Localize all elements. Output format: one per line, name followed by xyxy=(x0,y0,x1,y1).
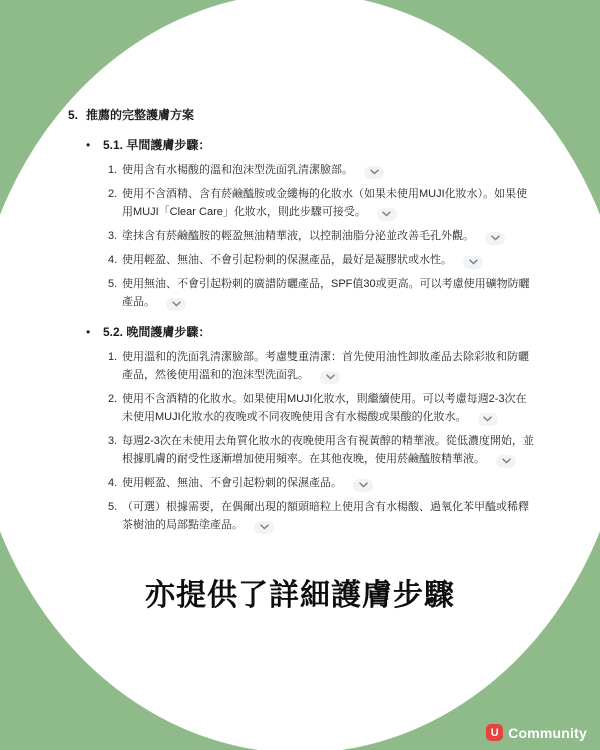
subsection: • 5.2. 晚間護膚步驟： 1. 使用溫和的洗面乳清潔臉部。考慮雙重清潔：首先… xyxy=(68,323,534,534)
step-item: 1. 使用含有水楊酸的溫和泡沫型洗面乳清潔臉部。 xyxy=(68,161,534,179)
step-item: 3. 每週2-3次在未使用去角質化妝水的夜晚使用含有視黃醇的精華液。從低濃度開始… xyxy=(68,432,534,468)
subsection-title-text: 5.1. 早間護膚步驟： xyxy=(103,138,210,152)
chevron-down-icon xyxy=(359,482,368,488)
expand-sources-button[interactable] xyxy=(166,298,186,311)
step-text: 塗抹含有菸鹼醯胺的輕盈無油精華液，以控制油脂分泌並改善毛孔外觀。 xyxy=(122,230,474,242)
section-title-text: 推薦的完整護膚方案 xyxy=(86,108,194,122)
section-title: 5.推薦的完整護膚方案 xyxy=(68,106,534,124)
subsection: • 5.1. 早間護膚步驟： 1. 使用含有水楊酸的溫和泡沫型洗面乳清潔臉部。 … xyxy=(68,136,534,311)
step-number: 1. xyxy=(108,161,117,179)
u-badge-icon: U xyxy=(486,724,503,741)
bullet-marker: • xyxy=(86,323,90,341)
chevron-down-icon xyxy=(469,259,478,265)
step-item: 4. 使用輕盈、無油、不會引起粉刺的保濕產品，最好是凝膠狀或水性。 xyxy=(68,251,534,269)
expand-sources-button[interactable] xyxy=(364,166,384,179)
subsection-title: • 5.1. 早間護膚步驟： xyxy=(68,136,534,154)
step-text: 使用不含酒精、含有菸鹼醯胺或金縷梅的化妝水（如果未使用MUJI化妝水）。如果使用… xyxy=(122,188,527,218)
community-logo-label: Community xyxy=(508,725,587,741)
skincare-plan-document: 5.推薦的完整護膚方案 • 5.1. 早間護膚步驟： 1. 使用含有水楊酸的溫和… xyxy=(68,106,534,540)
step-number: 5. xyxy=(108,498,117,516)
section-number: 5. xyxy=(68,106,86,124)
expand-sources-button[interactable] xyxy=(478,413,498,426)
expand-sources-button[interactable] xyxy=(496,455,516,468)
community-logo: U Community xyxy=(486,724,587,741)
step-text: （可選）根據需要，在偶爾出現的額頭暗粒上使用含有水楊酸、過氧化苯甲醯或稀釋茶樹油… xyxy=(122,501,529,531)
bullet-marker: • xyxy=(86,136,90,154)
step-item: 5. （可選）根據需要，在偶爾出現的額頭暗粒上使用含有水楊酸、過氧化苯甲醯或稀釋… xyxy=(68,498,534,534)
expand-sources-button[interactable] xyxy=(254,521,274,534)
chevron-down-icon xyxy=(370,169,379,175)
expand-sources-button[interactable] xyxy=(353,479,373,492)
step-number: 4. xyxy=(108,474,117,492)
step-number: 5. xyxy=(108,275,117,293)
step-item: 5. 使用無油、不會引起粉刺的廣譜防曬產品，SPF值30或更高。可以考慮使用礦物… xyxy=(68,275,534,311)
step-text: 使用含有水楊酸的溫和泡沫型洗面乳清潔臉部。 xyxy=(122,164,353,176)
steps-list: 1. 使用含有水楊酸的溫和泡沫型洗面乳清潔臉部。 2. 使用不含酒精、含有菸鹼醯… xyxy=(68,161,534,311)
step-item: 1. 使用溫和的洗面乳清潔臉部。考慮雙重清潔：首先使用油性卸妝產品去除彩妝和防曬… xyxy=(68,348,534,384)
subsection-title: • 5.2. 晚間護膚步驟： xyxy=(68,323,534,341)
chevron-down-icon xyxy=(172,301,181,307)
chevron-down-icon xyxy=(502,458,511,464)
subsection-title-text: 5.2. 晚間護膚步驟： xyxy=(103,325,210,339)
step-item: 2. 使用不含酒精的化妝水。如果使用MUJI化妝水，則繼續使用。可以考慮每週2-… xyxy=(68,390,534,426)
step-text: 每週2-3次在未使用去角質化妝水的夜晚使用含有視黃醇的精華液。從低濃度開始，並根… xyxy=(122,435,534,465)
step-number: 2. xyxy=(108,390,117,408)
chevron-down-icon xyxy=(382,211,391,217)
expand-sources-button[interactable] xyxy=(320,371,340,384)
chevron-down-icon xyxy=(260,524,269,530)
step-text: 使用輕盈、無油、不會引起粉刺的保濕產品。 xyxy=(122,477,342,489)
step-item: 4. 使用輕盈、無油、不會引起粉刺的保濕產品。 xyxy=(68,474,534,492)
step-number: 1. xyxy=(108,348,117,366)
step-item: 3. 塗抹含有菸鹼醯胺的輕盈無油精華液，以控制油脂分泌並改善毛孔外觀。 xyxy=(68,227,534,245)
steps-list: 1. 使用溫和的洗面乳清潔臉部。考慮雙重清潔：首先使用油性卸妝產品去除彩妝和防曬… xyxy=(68,348,534,534)
caption-heading: 亦提供了詳細護膚步驟 xyxy=(0,570,600,614)
expand-sources-button[interactable] xyxy=(485,232,505,245)
expand-sources-button[interactable] xyxy=(463,256,483,269)
step-number: 4. xyxy=(108,251,117,269)
step-text: 使用不含酒精的化妝水。如果使用MUJI化妝水，則繼續使用。可以考慮每週2-3次在… xyxy=(122,393,527,423)
step-number: 3. xyxy=(108,432,117,450)
subsections-container: • 5.1. 早間護膚步驟： 1. 使用含有水楊酸的溫和泡沫型洗面乳清潔臉部。 … xyxy=(68,136,534,534)
chevron-down-icon xyxy=(326,374,335,380)
chevron-down-icon xyxy=(491,235,500,241)
expand-sources-button[interactable] xyxy=(377,208,397,221)
step-item: 2. 使用不含酒精、含有菸鹼醯胺或金縷梅的化妝水（如果未使用MUJI化妝水）。如… xyxy=(68,185,534,221)
chevron-down-icon xyxy=(483,416,492,422)
step-text: 使用輕盈、無油、不會引起粉刺的保濕產品，最好是凝膠狀或水性。 xyxy=(122,254,452,266)
step-number: 3. xyxy=(108,227,117,245)
step-number: 2. xyxy=(108,185,117,203)
